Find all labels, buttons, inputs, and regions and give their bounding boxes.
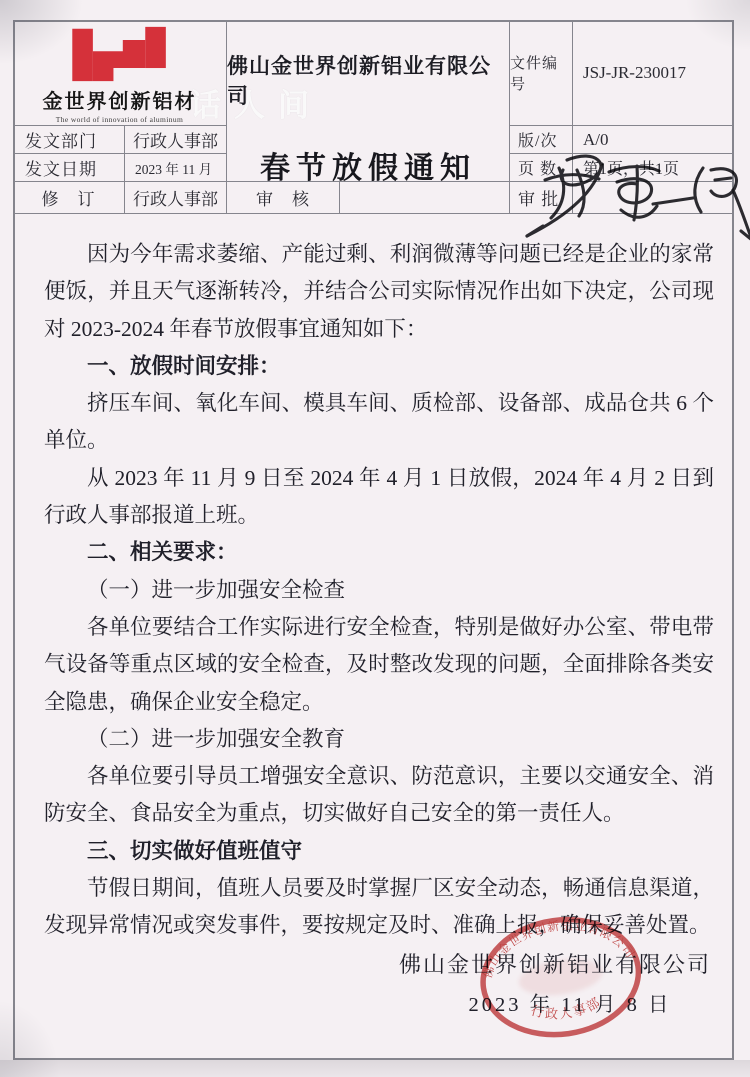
svg-text:行政人事部: 行政人事部 <box>527 993 605 1026</box>
body-text: 因为今年需求萎缩、产能过剩、利润微薄等问题已经是企业的家常便饭，并且天气逐渐转冷… <box>44 236 714 945</box>
body-paragraph: （二）进一步加强安全教育 <box>44 721 714 758</box>
revision-label: 修 订 <box>13 182 125 214</box>
body-paragraph: （一）进一步加强安全检查 <box>44 572 714 609</box>
stamp-bottom-text: 行政人事部 <box>527 993 605 1026</box>
review-label: 审 核 <box>227 182 340 214</box>
body-paragraph: 各单位要引导员工增强安全意识、防范意识，主要以交通安全、消防安全、食品安全为重点… <box>44 758 714 833</box>
scanned-notice-page: 金世界创新铝材 The world of innovation of alumi… <box>0 0 750 1077</box>
review-value <box>340 182 510 214</box>
section-heading: 三、切实做好值班值守 <box>44 833 714 870</box>
page-title: 春节放假通知 <box>260 143 476 187</box>
issue-dept-value: 行政人事部 <box>125 126 227 154</box>
company-logo-icon <box>67 25 173 83</box>
company-stamp-icon: 佛山金世界创新铝业有限公司 行政人事部 <box>468 903 656 1056</box>
approval-signature-handwriting <box>505 146 750 250</box>
doc-no-value: JSJ-JR-230017 <box>573 20 734 126</box>
body-paragraph: 从 2023 年 11 月 9 日至 2024 年 4 月 1 日放假，2024… <box>44 460 714 535</box>
body-paragraph: 因为今年需求萎缩、产能过剩、利润微薄等问题已经是企业的家常便饭，并且天气逐渐转冷… <box>44 236 714 348</box>
doc-no-label: 文件编号 <box>510 20 573 126</box>
section-heading: 二、相关要求： <box>44 534 714 571</box>
logo-tagline: The world of innovation of aluminum <box>56 115 184 124</box>
body-paragraph: 挤压车间、氧化车间、模具车间、质检部、设备部、成品仓共 6 个单位。 <box>44 385 714 460</box>
body-paragraph: 各单位要结合工作实际进行安全检查，特别是做好办公室、带电带气设备等重点区域的安全… <box>44 609 714 721</box>
logo-name: 金世界创新铝材 <box>43 85 197 114</box>
issue-date-value: 2023 年 11 月 <box>125 154 227 182</box>
section-heading: 一、放假时间安排： <box>44 348 714 385</box>
issue-dept-label: 发文部门 <box>13 126 125 154</box>
watermark-text: 话人间 <box>190 80 322 125</box>
scan-shadow-bottom-edge <box>0 1060 750 1077</box>
issue-date-label: 发文日期 <box>13 154 125 182</box>
revision-value: 行政人事部 <box>125 182 227 214</box>
